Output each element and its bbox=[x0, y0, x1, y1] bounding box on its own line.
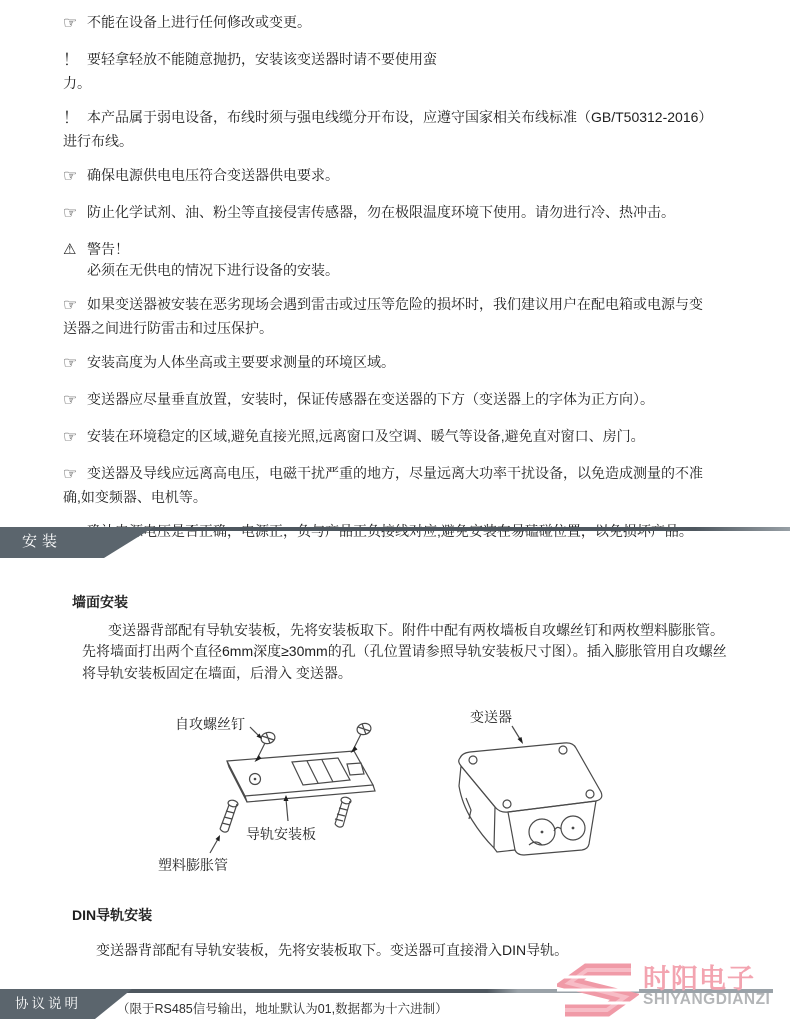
hand-icon: ☞ bbox=[63, 202, 87, 226]
label-anchor: 塑料膨胀管 bbox=[158, 857, 228, 873]
transmitter-drawing: 变送器 bbox=[459, 709, 602, 855]
note-text: 警告！ 必须在无供电的情况下进行设备的安装。 bbox=[87, 239, 740, 281]
hand-icon: ☞ bbox=[63, 294, 87, 318]
exclamation-icon: ！ bbox=[63, 107, 87, 131]
wall-mount-body: 变送器背部配有导轨安装板，先将安装板取下。附件中配有两枚墙板自攻螺丝钉和两枚塑料… bbox=[82, 620, 750, 684]
label-screw: 自攻螺丝钉 bbox=[175, 716, 245, 732]
exclamation-icon: ！ bbox=[63, 49, 87, 73]
wall-mount-heading: 墙面安装 bbox=[72, 592, 128, 612]
precaution-notes: ☞不能在设备上进行任何修改或变更。 ！要轻拿轻放不能随意抛扔，安装该变送器时请不… bbox=[63, 12, 740, 558]
hand-icon: ☞ bbox=[63, 463, 87, 487]
hand-icon: ☞ bbox=[63, 426, 87, 450]
protocol-note: （限于RS485信号输出，地址默认为01,数据都为十六进制） bbox=[117, 999, 448, 1017]
manual-page: ☞不能在设备上进行任何修改或变更。 ！要轻拿轻放不能随意抛扔，安装该变送器时请不… bbox=[0, 0, 790, 1034]
hand-icon: ☞ bbox=[63, 352, 87, 376]
din-rail-heading: DIN导轨安装 bbox=[72, 905, 152, 925]
warning-icon: ⚠ bbox=[63, 239, 87, 281]
note-text: 防止化学试剂、油、粉尘等直接侵害传感器，勿在极限温度环境下使用。请勿进行冷、热冲… bbox=[87, 204, 675, 220]
mounting-plate-drawing: 自攻螺丝钉 导轨安装板 塑料膨胀管 bbox=[158, 716, 375, 873]
note-item: ☞确保电源供电电压符合变送器供电要求。 bbox=[63, 165, 740, 189]
installation-diagram: 自攻螺丝钉 导轨安装板 塑料膨胀管 变送器 bbox=[140, 698, 680, 894]
label-transmitter: 变送器 bbox=[470, 709, 512, 725]
din-rail-body: 变送器背部配有导轨安装板，先将安装板取下。变送器可直接滑入DIN导轨。 bbox=[96, 940, 568, 960]
note-item: ☞如果变送器被安装在恶劣现场会遇到雷击或过压等危险的损坏时，我们建议用户在配电箱… bbox=[63, 294, 740, 339]
section-header-install: 安装 bbox=[0, 527, 790, 558]
note-text: 本产品属于弱电设备，布线时须与强电线缆分开布设，应遵守国家相关布线标准（GB/T… bbox=[63, 109, 712, 149]
note-text: 如果变送器被安装在恶劣现场会遇到雷击或过压等危险的损坏时，我们建议用户在配电箱或… bbox=[63, 296, 703, 336]
note-text: 变送器应尽量垂直放置，安装时，保证传感器在变送器的下方（变送器上的字体为正方向）… bbox=[87, 391, 654, 407]
note-item: ☞变送器应尽量垂直放置，安装时，保证传感器在变送器的下方（变送器上的字体为正方向… bbox=[63, 389, 740, 413]
logo-icon bbox=[557, 961, 639, 1019]
hand-icon: ☞ bbox=[63, 165, 87, 189]
note-text: 要轻拿轻放不能随意抛扔，安装该变送器时请不要使用蛮 力。 bbox=[63, 51, 437, 91]
section-tab: 安装 bbox=[0, 527, 154, 558]
label-plate: 导轨安装板 bbox=[246, 826, 316, 842]
note-item: ！本产品属于弱电设备，布线时须与强电线缆分开布设，应遵守国家相关布线标准（GB/… bbox=[63, 107, 740, 152]
note-item: ☞变送器及导线应远离高电压，电磁干扰严重的地方，尽量远离大功率干扰设备，以免造成… bbox=[63, 463, 740, 508]
note-text: 确保电源供电电压符合变送器供电要求。 bbox=[87, 167, 339, 183]
note-item: ！要轻拿轻放不能随意抛扔，安装该变送器时请不要使用蛮 力。 bbox=[63, 49, 740, 94]
note-item: ☞安装在环境稳定的区域,避免直接光照,远离窗口及空调、暖气等设备,避免直对窗口、… bbox=[63, 426, 740, 450]
footer-tab-protocol: 协议说明 bbox=[0, 989, 132, 1019]
brand-logo: 时阳电子 SHIYANGDIANZI bbox=[557, 959, 772, 1021]
hand-icon: ☞ bbox=[63, 12, 87, 36]
note-item: ☞不能在设备上进行任何修改或变更。 bbox=[63, 12, 740, 36]
note-text: 变送器及导线应远离高电压，电磁干扰严重的地方，尽量远离大功率干扰设备，以免造成测… bbox=[63, 465, 703, 505]
note-text: 安装在环境稳定的区域,避免直接光照,远离窗口及空调、暖气等设备,避免直对窗口、房… bbox=[87, 428, 645, 444]
note-item: ☞防止化学试剂、油、粉尘等直接侵害传感器，勿在极限温度环境下使用。请勿进行冷、热… bbox=[63, 202, 740, 226]
note-text: 不能在设备上进行任何修改或变更。 bbox=[87, 14, 311, 30]
hand-icon: ☞ bbox=[63, 389, 87, 413]
warning-note: ⚠警告！ 必须在无供电的情况下进行设备的安装。 bbox=[63, 239, 740, 281]
note-text: 安装高度为人体坐高或主要要求测量的环境区域。 bbox=[87, 354, 395, 370]
brand-name-en: SHIYANGDIANZI bbox=[643, 991, 770, 1009]
note-item: ☞安装高度为人体坐高或主要要求测量的环境区域。 bbox=[63, 352, 740, 376]
